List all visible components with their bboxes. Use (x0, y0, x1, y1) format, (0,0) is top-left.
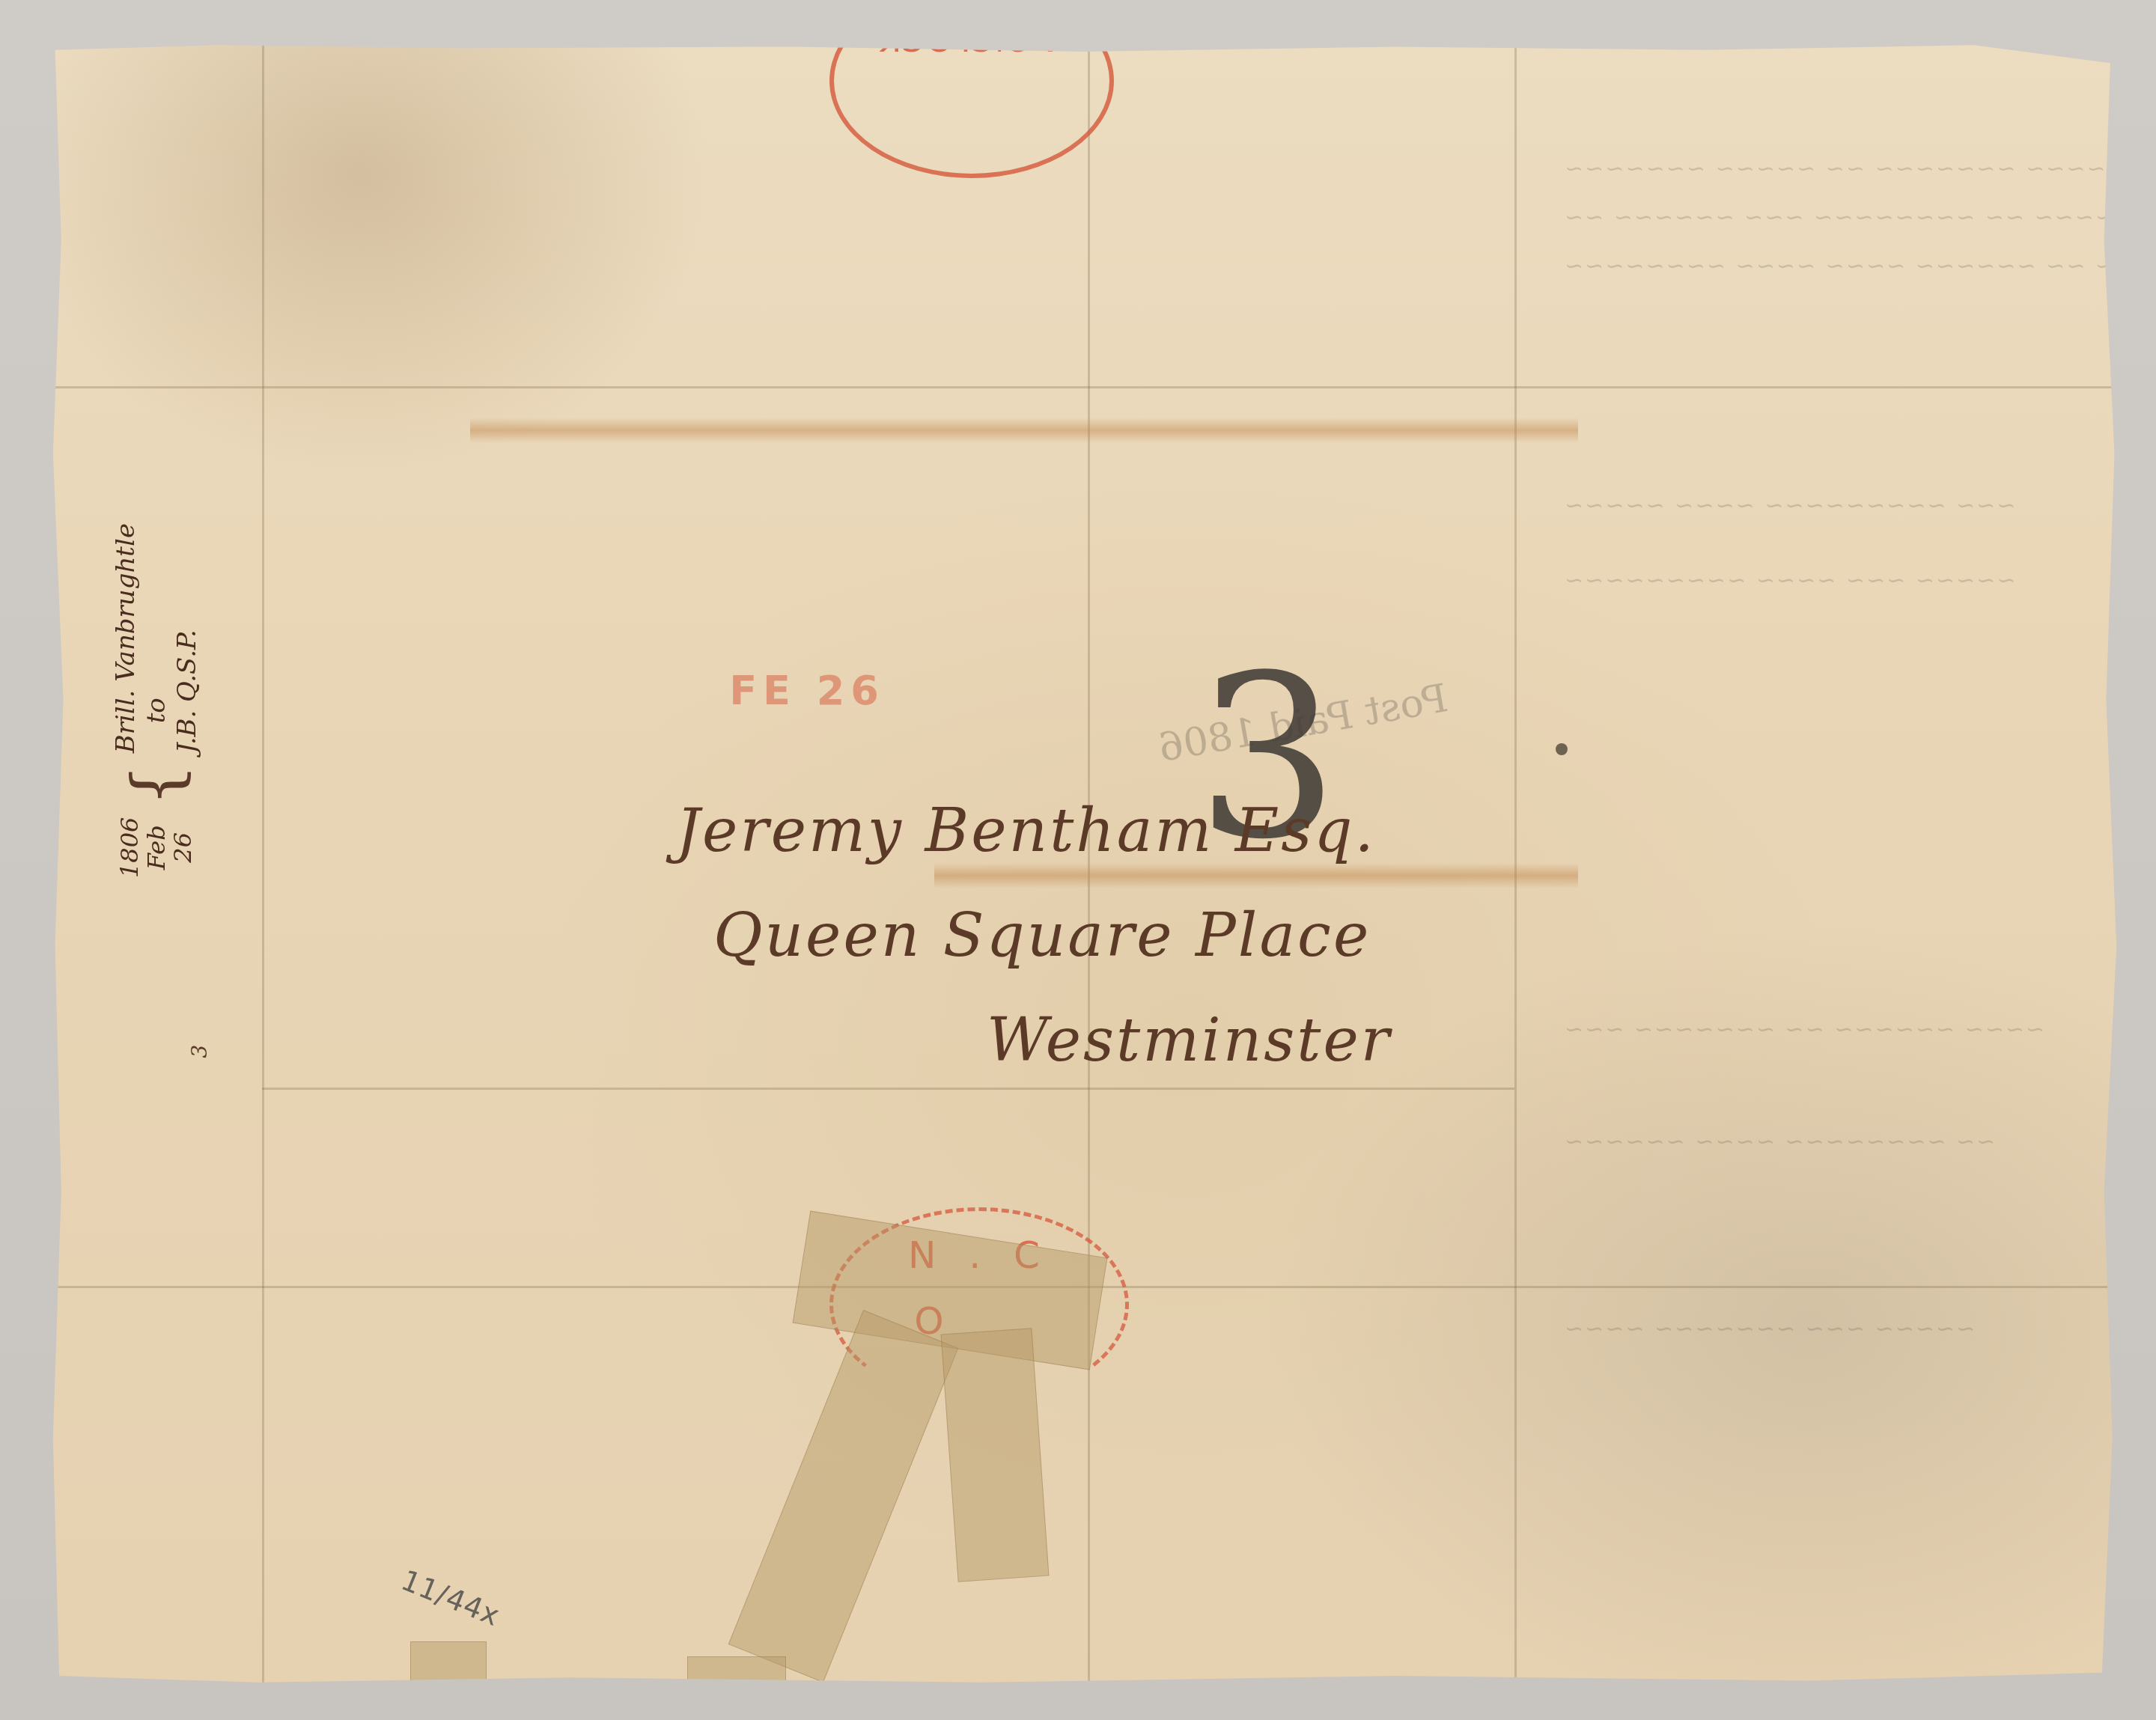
bleed-through-text: ~~~~ ~~~~~~ ~~ ~~~~~~~ ~~~ (1563, 1016, 2044, 1043)
docket-line-2: to (141, 523, 172, 753)
marginal-number: 3 (187, 1045, 212, 1058)
docket-year: 1806 (117, 817, 143, 878)
docket-date: 1806 Feb 26 (117, 817, 196, 878)
ink-spot (1556, 743, 1568, 755)
stain-band (470, 418, 1578, 443)
docket-line-1: Brill. Vanbrughtle (111, 523, 141, 753)
letter-sheet: ~~ ~~~ ~~~~ ~~~~~~~ ~~ ~~~~~ ~~~~~~~ ~~~… (51, 43, 2119, 1684)
bleed-through-text: ~~ ~~~ ~~~~ ~~~~~~~ ~~ ~~~~~ ~~~~~~~ (1563, 156, 2156, 182)
bleed-through-text: ~~ ~~~~~~~~ ~~~~ ~~~~~~ (1563, 1129, 1995, 1155)
tape-repair (941, 1328, 1050, 1582)
fold-line-vertical (262, 43, 264, 1684)
bleed-through-text: ~~~ ~~~~~~~~~ ~~~~ ~~~~~ (1563, 492, 2015, 519)
bleed-through-text: ~~~~ ~~ ~~~~~~ ~~~~ ~~~~ ~~~~~~~~ (1563, 253, 2156, 279)
docket-day: 26 (170, 817, 196, 878)
docket-month: Feb (144, 817, 170, 878)
address-recipient: Jeremy Bentham Esq. (676, 796, 1376, 865)
bleed-through-text: ~~~~~ ~~~ ~~~~ ~~~~~~~~~ (1563, 567, 2015, 594)
docket-brace: { (133, 763, 180, 806)
postmark-red-faint: FE 26 (710, 665, 904, 799)
docket-note: 1806 Feb 26 { Brill. Vanbrughtle to J.B.… (111, 523, 202, 878)
fold-line-horizontal (51, 386, 2119, 388)
bleed-through-text: ~~~~~ ~~~~ ~~ ~~~~~~~~ ~~~ ~~~~~~ ~~ (1563, 204, 2156, 231)
address-street: Queen Square Place (713, 900, 1371, 970)
docket-line-3: J.B. Q.S.P. (172, 523, 203, 753)
fold-line-horizontal (262, 1088, 1514, 1090)
docket-text: Brill. Vanbrughtle to J.B. Q.S.P. (111, 523, 202, 753)
pencil-annotation: 11/44x (397, 1564, 505, 1632)
address-city: Westminster (987, 1005, 1392, 1075)
bleed-through-text: ~~~~~ ~~~ ~~~~~~~ ~~~~ (1563, 1316, 1975, 1342)
tape-repair (728, 1310, 959, 1683)
